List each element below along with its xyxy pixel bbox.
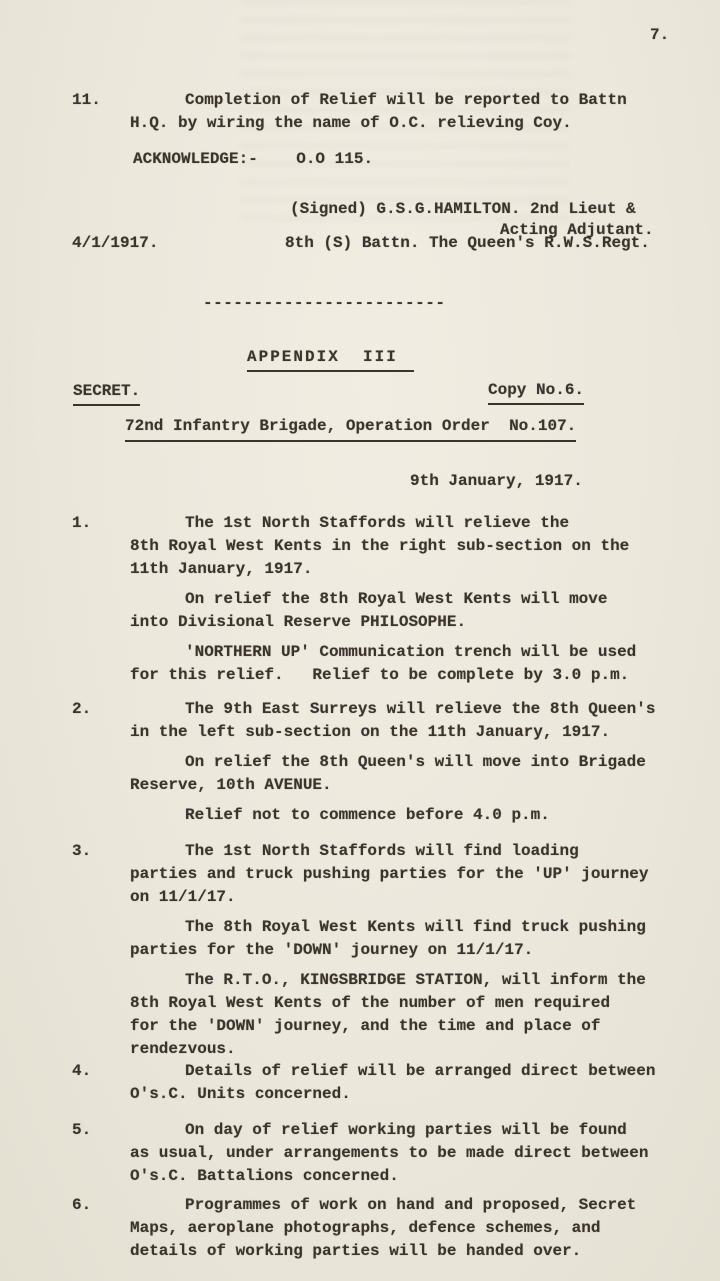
signature-line: (Signed) G.S.G.HAMILTON. 2nd Lieut & xyxy=(290,198,636,221)
paragraph: Relief not to commence before 4.0 p.m. xyxy=(0,804,720,827)
paragraph: The 1st North Staffords will find loadin… xyxy=(0,840,720,909)
item-number: 1. xyxy=(72,512,91,535)
text-line: into Divisional Reserve PHILOSOPHE. xyxy=(0,611,720,634)
item-number: 4. xyxy=(72,1060,91,1083)
acknowledge-line: ACKNOWLEDGE:- O.O 115. xyxy=(133,148,373,171)
text-line: Relief not to commence before 4.0 p.m. xyxy=(0,804,720,827)
closing-paragraph-number: 11. xyxy=(72,89,101,112)
item-number: 3. xyxy=(72,840,91,863)
text-line: parties for the 'DOWN' journey on 11/1/1… xyxy=(0,939,720,962)
text-line: 11th January, 1917. xyxy=(0,558,720,581)
paragraph: On day of relief working parties will be… xyxy=(0,1119,720,1188)
text-line: for the 'DOWN' journey, and the time and… xyxy=(0,1015,720,1038)
text-line: On day of relief working parties will be… xyxy=(0,1119,720,1142)
item-number: 6. xyxy=(72,1194,91,1217)
text-line: On relief the 8th Royal West Kents will … xyxy=(0,588,720,611)
appendix-heading: APPENDIX III xyxy=(247,346,414,372)
text-line: On relief the 8th Queen's will move into… xyxy=(0,751,720,774)
text-line: Maps, aeroplane photographs, defence sch… xyxy=(0,1217,720,1240)
signature-date: 4/1/1917. xyxy=(72,232,158,255)
text-line: Completion of Relief will be reported to… xyxy=(185,89,627,112)
text-line: parties and truck pushing parties for th… xyxy=(0,863,720,886)
copy-number: Copy No.6. xyxy=(488,379,584,405)
text-line: The 9th East Surreys will relieve the 8t… xyxy=(0,698,720,721)
text-line: in the left sub-section on the 11th Janu… xyxy=(0,721,720,744)
text-line: O's.C. Battalions concerned. xyxy=(0,1165,720,1188)
text-line: rendezvous. xyxy=(0,1038,720,1061)
order-item: 6.Programmes of work on hand and propose… xyxy=(0,1194,720,1263)
signature-unit: 8th (S) Battn. The Queen's R.W.S.Regt. xyxy=(285,232,650,255)
order-item: 4.Details of relief will be arranged dir… xyxy=(0,1060,720,1106)
text-line: The 1st North Staffords will find loadin… xyxy=(0,840,720,863)
paragraph: The 1st North Staffords will relieve the… xyxy=(0,512,720,581)
paragraph: On relief the 8th Queen's will move into… xyxy=(0,751,720,797)
text-line: Reserve, 10th AVENUE. xyxy=(0,774,720,797)
order-item: 1.The 1st North Staffords will relieve t… xyxy=(0,512,720,687)
item-number: 5. xyxy=(72,1119,91,1142)
text-line: for this relief. Relief to be complete b… xyxy=(0,664,720,687)
typed-divider: ------------------------ xyxy=(203,292,445,315)
text-line: on 11/1/17. xyxy=(0,886,720,909)
text-line: 'NORTHERN UP' Communication trench will … xyxy=(0,641,720,664)
paragraph: 'NORTHERN UP' Communication trench will … xyxy=(0,641,720,687)
text-line: Details of relief will be arranged direc… xyxy=(0,1060,720,1083)
item-number: 2. xyxy=(72,698,91,721)
text-line: as usual, under arrangements to be made … xyxy=(0,1142,720,1165)
text-line: O's.C. Units concerned. xyxy=(0,1083,720,1106)
paragraph: Details of relief will be arranged direc… xyxy=(0,1060,720,1106)
text-line: The R.T.O., KINGSBRIDGE STATION, will in… xyxy=(0,969,720,992)
order-item: 2.The 9th East Surreys will relieve the … xyxy=(0,698,720,827)
page-number: 7. xyxy=(650,24,669,47)
order-title: 72nd Infantry Brigade, Operation Order N… xyxy=(125,415,576,442)
order-item: 5.On day of relief working parties will … xyxy=(0,1119,720,1188)
text-line: 8th Royal West Kents of the number of me… xyxy=(0,992,720,1015)
secret-label: SECRET. xyxy=(73,380,140,406)
order-date: 9th January, 1917. xyxy=(410,470,583,493)
text-line: details of working parties will be hande… xyxy=(0,1240,720,1263)
paragraph: Programmes of work on hand and proposed,… xyxy=(0,1194,720,1263)
paragraph: On relief the 8th Royal West Kents will … xyxy=(0,588,720,634)
text-line: H.Q. by wiring the name of O.C. relievin… xyxy=(130,112,572,135)
text-line: Programmes of work on hand and proposed,… xyxy=(0,1194,720,1217)
paragraph: The 8th Royal West Kents will find truck… xyxy=(0,916,720,962)
text-line: The 8th Royal West Kents will find truck… xyxy=(0,916,720,939)
paragraph: The R.T.O., KINGSBRIDGE STATION, will in… xyxy=(0,969,720,1061)
document-page: 7. 11. Completion of Relief will be repo… xyxy=(0,0,720,1281)
text-line: The 1st North Staffords will relieve the xyxy=(0,512,720,535)
paragraph: The 9th East Surreys will relieve the 8t… xyxy=(0,698,720,744)
text-line: 8th Royal West Kents in the right sub-se… xyxy=(0,535,720,558)
order-item: 3.The 1st North Staffords will find load… xyxy=(0,840,720,1061)
